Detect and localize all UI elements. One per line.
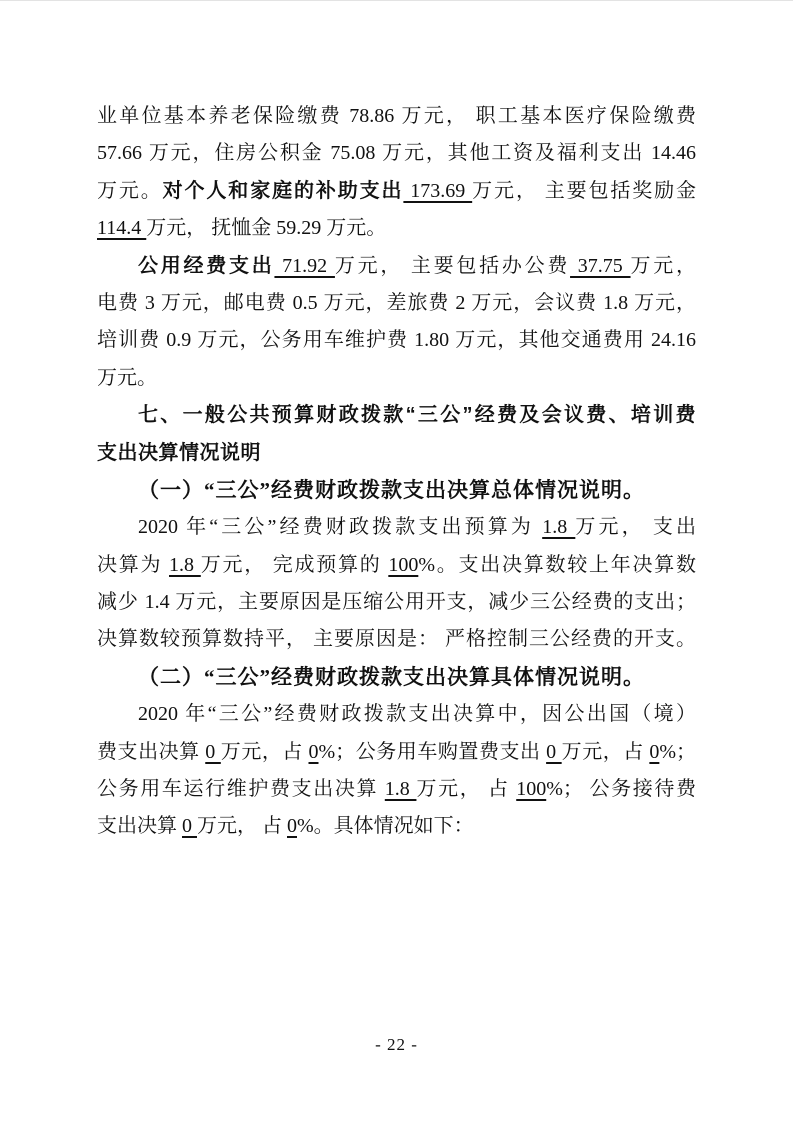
section-heading-line: 七、一般公共预算财政拨款“三公”经费及会议费、培训费 — [97, 397, 696, 434]
para-overall-line: 决算为 1.8 万元， 完成预算的 100%。支出决算数较上年决算数 — [97, 547, 696, 584]
bold-text: 公用经费支出 — [138, 255, 274, 277]
text-run: 万元， 完成预算的 — [201, 554, 389, 576]
para-detail-line: 公务用车运行维护费支出决算 1.8 万元， 占 100%； 公务接待费 — [97, 771, 696, 808]
text-run: 2020 年“三公”经费财政拨款支出预算为 — [138, 516, 542, 538]
bold-text: 对个人和家庭的补助支出 — [163, 180, 404, 202]
para-overall-line: 2020 年“三公”经费财政拨款支出预算为 1.8 万元， 支出 — [97, 509, 696, 546]
text-run: 万元， 占 — [197, 815, 287, 837]
text-run: 57.66 万元，住房公积金 75.08 万元，其他工资及福利支出 14.46 — [97, 142, 696, 164]
text-run: %。支出决算数较上年决算数 — [418, 554, 696, 576]
text-run: 公务用车运行维护费支出决算 — [97, 778, 385, 800]
text-run: 决算为 — [97, 554, 169, 576]
subsection-heading-line: （一）“三公”经费财政拨款支出决算总体情况说明。 — [97, 472, 696, 509]
para-public-funds-line: 公用经费支出 71.92 万元， 主要包括办公费 37.75 万元， — [97, 248, 696, 285]
underlined-value: 0 — [649, 741, 659, 763]
text-run: %； 公务接待费 — [546, 778, 696, 800]
para-welfare-continued-line: 114.4 万元， 抚恤金 59.29 万元。 — [97, 210, 696, 247]
subsection-heading-line: （二）“三公”经费财政拨款支出决算具体情况说明。 — [97, 659, 696, 696]
underlined-value: 114.4 — [97, 217, 146, 239]
section-heading-line: 支出决算情况说明 — [97, 435, 696, 472]
text-run: 万元，占 — [221, 741, 309, 763]
underlined-value: 1.8 — [169, 554, 201, 576]
text-run: 培训费 0.9 万元，公务用车维护费 1.80 万元，其他交通费用 24.16 — [97, 329, 696, 351]
text-run: 2020 年“三公”经费财政拨款支出决算中，因公出国（境） — [138, 703, 696, 725]
para-detail-line: 费支出决算 0 万元，占 0%；公务用车购置费支出 0 万元，占 0%； — [97, 734, 696, 771]
text-run: 万元， 主要包括办公费 — [335, 255, 570, 277]
para-overall-line: 减少 1.4 万元，主要原因是压缩公用开支，减少三公经费的支出； — [97, 584, 696, 621]
underlined-value: 100 — [388, 554, 418, 576]
document-body: 业单位基本养老保险缴费 78.86 万元， 职工基本医疗保险缴费57.66 万元… — [97, 98, 696, 846]
underlined-value: 0 — [309, 741, 319, 763]
text-run: 万元。 — [97, 367, 157, 389]
underlined-value: 0 — [546, 741, 562, 763]
text-run: 决算数较预算数持平， 主要原因是： 严格控制三公经费的开支。 — [97, 628, 696, 650]
text-run: 支出决算情况说明 — [97, 442, 261, 464]
para-welfare-continued-line: 57.66 万元，住房公积金 75.08 万元，其他工资及福利支出 14.46 — [97, 135, 696, 172]
text-run: 支出决算 — [97, 815, 182, 837]
para-public-funds-line: 电费 3 万元，邮电费 0.5 万元，差旅费 2 万元，会议费 1.8 万元， — [97, 285, 696, 322]
underlined-value: 71.92 — [274, 255, 334, 277]
text-run: 减少 1.4 万元，主要原因是压缩公用开支，减少三公经费的支出； — [97, 591, 696, 613]
underlined-value: 173.69 — [403, 180, 472, 202]
underlined-value: 0 — [182, 815, 197, 837]
document-page: 业单位基本养老保险缴费 78.86 万元， 职工基本医疗保险缴费57.66 万元… — [0, 0, 793, 1123]
underlined-value: 1.8 — [385, 778, 417, 800]
text-run: 七、一般公共预算财政拨款“三公”经费及会议费、培训费 — [138, 404, 696, 426]
text-run: 万元， 支出 — [575, 516, 696, 538]
para-detail-line: 2020 年“三公”经费财政拨款支出决算中，因公出国（境） — [97, 696, 696, 733]
para-detail-line: 支出决算 0 万元， 占 0%。具体情况如下： — [97, 808, 696, 845]
text-run: %； — [659, 741, 696, 763]
text-run: 万元， — [631, 255, 696, 277]
underlined-value: 0 — [205, 741, 221, 763]
text-run: 费支出决算 — [97, 741, 205, 763]
text-run: （一）“三公”经费财政拨款支出决算总体情况说明。 — [138, 478, 645, 502]
text-run: 万元， 占 — [416, 778, 516, 800]
text-run: %；公务用车购置费支出 — [319, 741, 547, 763]
para-overall-line: 决算数较预算数持平， 主要原因是： 严格控制三公经费的开支。 — [97, 621, 696, 658]
underlined-value: 0 — [287, 815, 297, 837]
para-public-funds-line: 培训费 0.9 万元，公务用车维护费 1.80 万元，其他交通费用 24.16 — [97, 322, 696, 359]
text-run: 万元，占 — [562, 741, 650, 763]
text-run: 电费 3 万元，邮电费 0.5 万元，差旅费 2 万元，会议费 1.8 万元， — [97, 292, 696, 314]
page-number: - 22 - — [0, 1035, 793, 1055]
underlined-value: 37.75 — [570, 255, 630, 277]
para-public-funds-line: 万元。 — [97, 360, 696, 397]
text-run: 万元， 抚恤金 59.29 万元。 — [146, 217, 386, 239]
underlined-value: 1.8 — [542, 516, 575, 538]
text-run: %。具体情况如下： — [297, 815, 474, 837]
para-welfare-continued-line: 万元。对个人和家庭的补助支出 173.69 万元， 主要包括奖励金 — [97, 173, 696, 210]
underlined-value: 100 — [516, 778, 546, 800]
text-run: （二）“三公”经费财政拨款支出决算具体情况说明。 — [138, 665, 645, 689]
text-run: 万元， 主要包括奖励金 — [472, 180, 696, 202]
para-welfare-continued-line: 业单位基本养老保险缴费 78.86 万元， 职工基本医疗保险缴费 — [97, 98, 696, 135]
text-run: 万元。 — [97, 180, 163, 202]
text-run: 业单位基本养老保险缴费 78.86 万元， 职工基本医疗保险缴费 — [97, 105, 696, 127]
